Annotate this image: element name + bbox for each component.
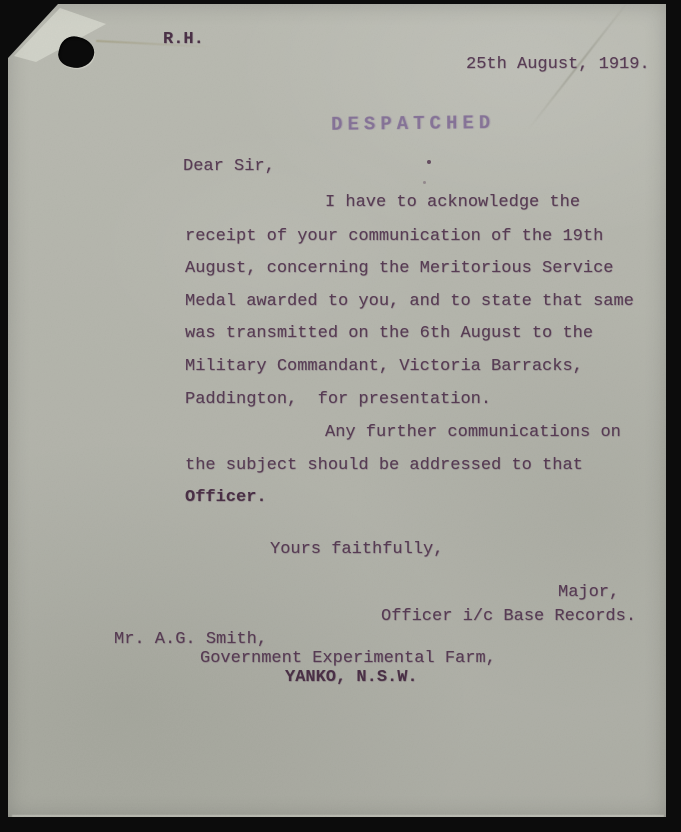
signature-office: Officer i/c Base Records. bbox=[381, 607, 636, 627]
body-line: receipt of your communication of the 19t… bbox=[185, 227, 603, 247]
scanned-letter-page: R.H. 25th August, 1919. DESPATCHED Dear … bbox=[0, 0, 681, 832]
body-line: the subject should be addressed to that bbox=[185, 456, 583, 476]
salutation: Dear Sir, bbox=[183, 157, 275, 177]
body-line: Paddington, for presentation. bbox=[185, 390, 491, 410]
body-line: Any further communications on bbox=[325, 423, 621, 443]
recipient-name: Mr. A.G. Smith, bbox=[114, 630, 267, 650]
recipient-address: Government Experimental Farm, bbox=[200, 649, 496, 669]
body-line: August, concerning the Meritorious Servi… bbox=[185, 259, 613, 279]
closing: Yours faithfully, bbox=[270, 540, 443, 560]
letter-date: 25th August, 1919. bbox=[466, 55, 650, 75]
recipient-town: YANKO, N.S.W. bbox=[285, 668, 418, 688]
body-line: Officer. bbox=[185, 488, 267, 508]
body-line: Medal awarded to you, and to state that … bbox=[185, 292, 634, 312]
ink-speck bbox=[423, 181, 426, 184]
body-line: was transmitted on the 6th August to the bbox=[185, 324, 593, 344]
despatched-stamp: DESPATCHED bbox=[331, 112, 495, 136]
ink-speck bbox=[427, 160, 431, 164]
body-line: Military Commandant, Victoria Barracks, bbox=[185, 357, 583, 377]
signature-rank: Major, bbox=[558, 583, 619, 603]
clerk-initials: R.H. bbox=[163, 30, 204, 50]
body-line: I have to acknowledge the bbox=[325, 193, 580, 213]
